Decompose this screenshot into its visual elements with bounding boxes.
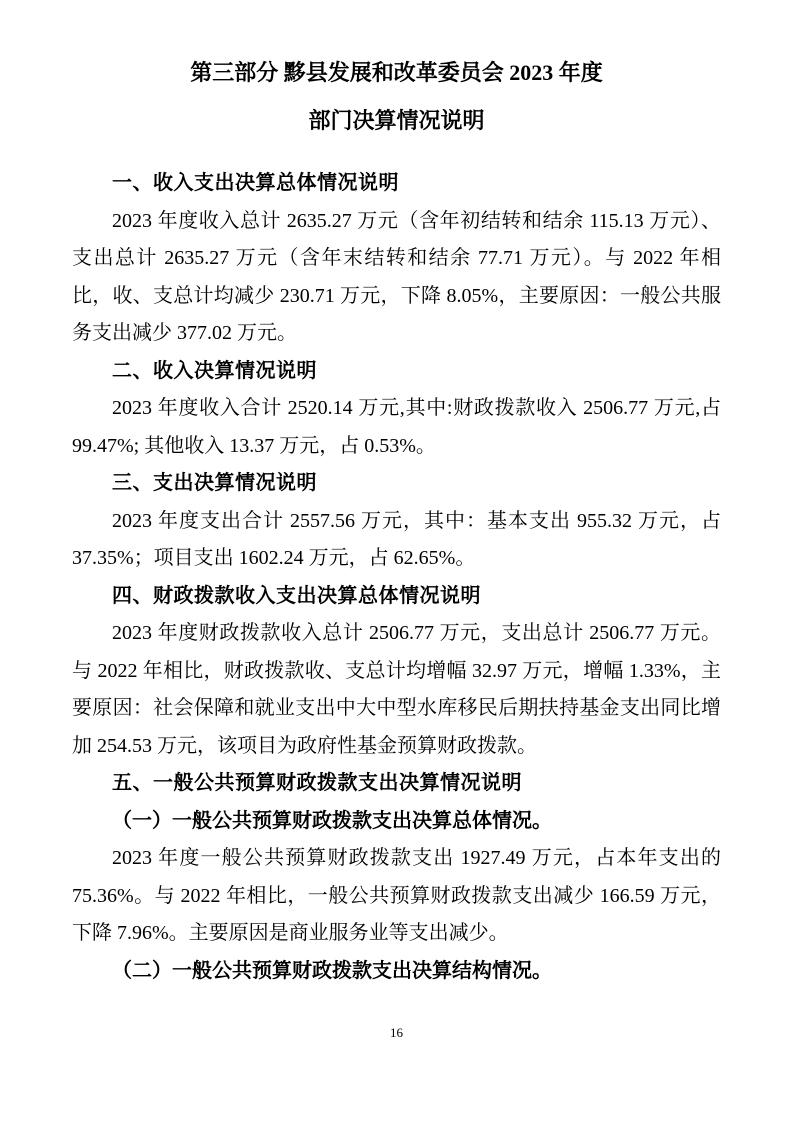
section-4-paragraph: 2023 年度财政拨款收入总计 2506.77 万元，支出总计 2506.77 … bbox=[72, 615, 721, 765]
title-line-2: 部门决算情况说明 bbox=[72, 97, 721, 145]
document-body: 一、收入支出决算总体情况说明 2023 年度收入总计 2635.27 万元（含年… bbox=[72, 165, 721, 990]
subsection-5-1-paragraph: 2023 年度一般公共预算财政拨款支出 1927.49 万元，占本年支出的 75… bbox=[72, 840, 721, 953]
subsection-heading-5-1: （一）一般公共预算财政拨款支出决算总体情况。 bbox=[72, 803, 721, 841]
section-heading-2: 二、收入决算情况说明 bbox=[72, 353, 721, 391]
section-heading-1: 一、收入支出决算总体情况说明 bbox=[72, 165, 721, 203]
title-line-1: 第三部分 黟县发展和改革委员会 2023 年度 bbox=[72, 49, 721, 97]
page-number: 16 bbox=[0, 1024, 793, 1042]
subsection-heading-5-2: （二）一般公共预算财政拨款支出决算结构情况。 bbox=[72, 953, 721, 991]
section-1-paragraph: 2023 年度收入总计 2635.27 万元（含年初结转和结余 115.13 万… bbox=[72, 203, 721, 353]
section-heading-5: 五、一般公共预算财政拨款支出决算情况说明 bbox=[72, 765, 721, 803]
page-title: 第三部分 黟县发展和改革委员会 2023 年度 部门决算情况说明 bbox=[72, 49, 721, 145]
section-heading-3: 三、支出决算情况说明 bbox=[72, 465, 721, 503]
section-heading-4: 四、财政拨款收入支出决算总体情况说明 bbox=[72, 578, 721, 616]
section-3-paragraph: 2023 年度支出合计 2557.56 万元，其中：基本支出 955.32 万元… bbox=[72, 503, 721, 578]
document-page: 第三部分 黟县发展和改革委员会 2023 年度 部门决算情况说明 一、收入支出决… bbox=[0, 0, 793, 1122]
section-2-paragraph: 2023 年度收入合计 2520.14 万元,其中:财政拨款收入 2506.77… bbox=[72, 390, 721, 465]
